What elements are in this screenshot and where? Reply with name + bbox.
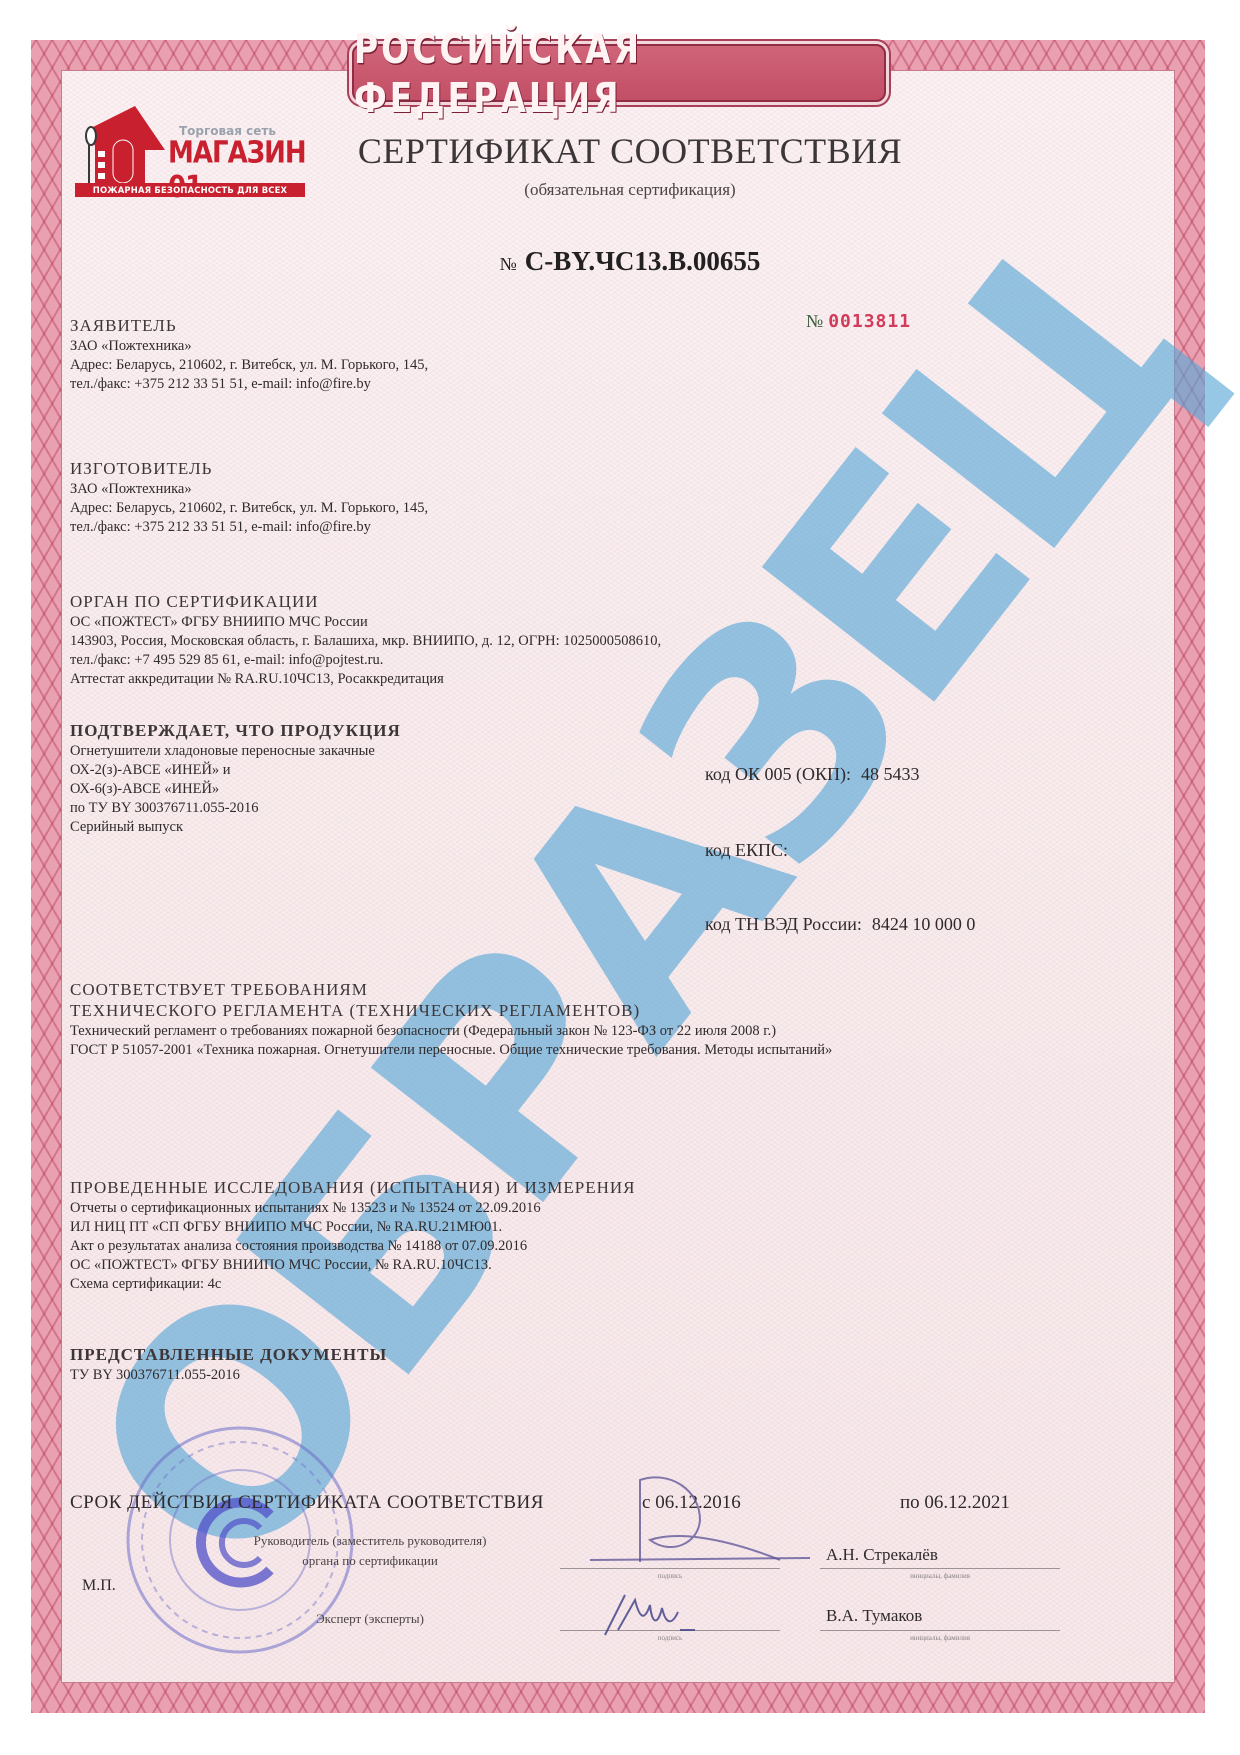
certification-body-heading: ОРГАН ПО СЕРТИФИКАЦИИ xyxy=(70,592,661,611)
applicant-line: тел./факс: +375 212 33 51 51, e-mail: in… xyxy=(70,375,428,394)
blank-serial-number: №0013811 xyxy=(806,311,911,332)
store-logo: Торговая сеть МАГАЗИН 01 ПОЖАРНАЯ БЕЗОПА… xyxy=(75,100,305,220)
tnved-code-label: код ТН ВЭД России: xyxy=(705,914,862,934)
expert-name: В.А. Тумаков xyxy=(826,1606,922,1626)
house-fire-icon xyxy=(75,100,175,190)
okp-code: код ОК 005 (ОКП):48 5433 xyxy=(705,764,919,785)
test-line: ОС «ПОЖТЕСТ» ФГБУ ВНИИПО МЧС России, № R… xyxy=(70,1256,636,1275)
tests-heading: ПРОВЕДЕННЫЕ ИССЛЕДОВАНИЯ (ИСПЫТАНИЯ) И И… xyxy=(70,1178,636,1197)
test-line: ИЛ НИЦ ПТ «СП ФГБУ ВНИИПО МЧС России, № … xyxy=(70,1218,636,1237)
certification-body-line: 143903, Россия, Московская область, г. Б… xyxy=(70,632,661,651)
logo-slogan: ПОЖАРНАЯ БЕЗОПАСНОСТЬ ДЛЯ ВСЕХ xyxy=(75,183,305,197)
tests-section: ПРОВЕДЕННЫЕ ИССЛЕДОВАНИЯ (ИСПЫТАНИЯ) И И… xyxy=(70,1178,636,1294)
valid-from: с 06.12.2016 xyxy=(642,1492,741,1514)
okp-code-value: 48 5433 xyxy=(861,764,920,784)
product-heading: ПОДТВЕРЖДАЕТ, ЧТО ПРОДУКЦИЯ xyxy=(70,721,401,740)
country-banner-text: РОССИЙСКАЯ ФЕДЕРАЦИЯ xyxy=(354,24,884,122)
certificate-number-value: C-BY.ЧС13.В.00655 xyxy=(525,246,761,276)
test-line: Схема сертификации: 4с xyxy=(70,1275,636,1294)
certification-body-line: тел./факс: +7 495 529 85 61, e-mail: inf… xyxy=(70,651,661,670)
manufacturer-line: Адрес: Беларусь, 210602, г. Витебск, ул.… xyxy=(70,499,428,518)
expert-name-caption: инициалы, фамилия xyxy=(820,1634,1060,1642)
product-line: по ТУ BY 300376711.055-2016 xyxy=(70,799,401,818)
expert-signature-caption: подпись xyxy=(560,1634,780,1642)
validity-period: СРОК ДЕЙСТВИЯ СЕРТИФИКАТА СООТВЕТСТВИЯ с… xyxy=(70,1492,1070,1514)
certificate-frame xyxy=(31,40,1205,1713)
expert-signature-line xyxy=(560,1630,780,1631)
head-signature-line xyxy=(560,1568,780,1569)
requirements-section: СООТВЕТСТВУЕТ ТРЕБОВАНИЯМ ТЕХНИЧЕСКОГО Р… xyxy=(70,980,832,1060)
number-sign: № xyxy=(806,311,824,331)
product-line: ОХ-2(з)-АВСЕ «ИНЕЙ» и xyxy=(70,761,401,780)
head-name: А.Н. Стрекалёв xyxy=(826,1545,938,1565)
manufacturer-heading: ИЗГОТОВИТЕЛЬ xyxy=(70,459,428,478)
tnved-code: код ТН ВЭД России:8424 10 000 0 xyxy=(705,914,975,935)
documents-heading: ПРЕДСТАВЛЕННЫЕ ДОКУМЕНТЫ xyxy=(70,1345,387,1364)
valid-to: по 06.12.2021 xyxy=(900,1492,1010,1514)
ekps-code: код ЕКПС: xyxy=(705,840,798,861)
expert-role: Эксперт (эксперты) xyxy=(180,1611,560,1627)
certification-body-line: ОС «ПОЖТЕСТ» ФГБУ ВНИИПО МЧС России xyxy=(70,613,661,632)
applicant-line: ЗАО «Пожтехника» xyxy=(70,337,428,356)
ekps-code-label: код ЕКПС: xyxy=(705,840,788,860)
valid-to-prefix: по xyxy=(900,1492,920,1513)
certificate-number: №C-BY.ЧС13.В.00655 xyxy=(320,246,940,277)
manufacturer-line: тел./факс: +375 212 33 51 51, e-mail: in… xyxy=(70,518,428,537)
head-role-2: органа по сертификации xyxy=(180,1553,560,1569)
requirements-heading: СООТВЕТСТВУЕТ ТРЕБОВАНИЯМ xyxy=(70,980,832,999)
expert-name-line xyxy=(820,1630,1060,1631)
requirement-line: ГОСТ Р 51057-2001 «Техника пожарная. Огн… xyxy=(70,1041,832,1060)
validity-label: СРОК ДЕЙСТВИЯ СЕРТИФИКАТА СООТВЕТСТВИЯ xyxy=(70,1492,544,1513)
test-line: Отчеты о сертификационных испытаниях № 1… xyxy=(70,1199,636,1218)
manufacturer-line: ЗАО «Пожтехника» xyxy=(70,480,428,499)
document-subtitle: (обязательная сертификация) xyxy=(320,180,940,200)
country-banner: РОССИЙСКАЯ ФЕДЕРАЦИЯ xyxy=(352,44,886,102)
document-line: ТУ BY 300376711.055-2016 xyxy=(70,1366,387,1385)
product-line: ОХ-6(з)-АВСЕ «ИНЕЙ» xyxy=(70,780,401,799)
applicant-heading: ЗАЯВИТЕЛЬ xyxy=(70,316,428,335)
product-line: Серийный выпуск xyxy=(70,818,401,837)
valid-to-date: 06.12.2021 xyxy=(924,1492,1010,1513)
applicant-line: Адрес: Беларусь, 210602, г. Витебск, ул.… xyxy=(70,356,428,375)
valid-from-prefix: с xyxy=(642,1492,650,1513)
blank-serial-value: 0013811 xyxy=(828,311,911,332)
number-sign: № xyxy=(500,254,517,274)
product-section: ПОДТВЕРЖДАЕТ, ЧТО ПРОДУКЦИЯ Огнетушители… xyxy=(70,721,401,837)
documents-section: ПРЕДСТАВЛЕННЫЕ ДОКУМЕНТЫ ТУ BY 300376711… xyxy=(70,1345,387,1385)
head-name-caption: инициалы, фамилия xyxy=(820,1572,1060,1580)
head-signature-caption: подпись xyxy=(560,1572,780,1580)
requirements-subheading: ТЕХНИЧЕСКОГО РЕГЛАМЕНТА (ТЕХНИЧЕСКИХ РЕГ… xyxy=(70,1001,832,1020)
test-line: Акт о результатах анализа состояния прои… xyxy=(70,1237,636,1256)
head-role: Руководитель (заместитель руководителя) xyxy=(180,1533,560,1549)
product-line: Огнетушители хладоновые переносные закач… xyxy=(70,742,401,761)
certificate-paper xyxy=(61,70,1175,1683)
head-name-line xyxy=(820,1568,1060,1569)
valid-from-date: 06.12.2016 xyxy=(655,1492,741,1513)
applicant-section: ЗАЯВИТЕЛЬ ЗАО «Пожтехника» Адрес: Белару… xyxy=(70,316,428,394)
document-title: СЕРТИФИКАТ СООТВЕТСТВИЯ xyxy=(320,130,940,172)
tnved-code-value: 8424 10 000 0 xyxy=(872,914,976,934)
manufacturer-section: ИЗГОТОВИТЕЛЬ ЗАО «Пожтехника» Адрес: Бел… xyxy=(70,459,428,537)
requirement-line: Технический регламент о требованиях пожа… xyxy=(70,1022,832,1041)
certification-body-section: ОРГАН ПО СЕРТИФИКАЦИИ ОС «ПОЖТЕСТ» ФГБУ … xyxy=(70,592,661,689)
certification-body-line: Аттестат аккредитации № RA.RU.10ЧС13, Ро… xyxy=(70,670,661,689)
seal-label: М.П. xyxy=(82,1577,116,1595)
okp-code-label: код ОК 005 (ОКП): xyxy=(705,764,851,784)
